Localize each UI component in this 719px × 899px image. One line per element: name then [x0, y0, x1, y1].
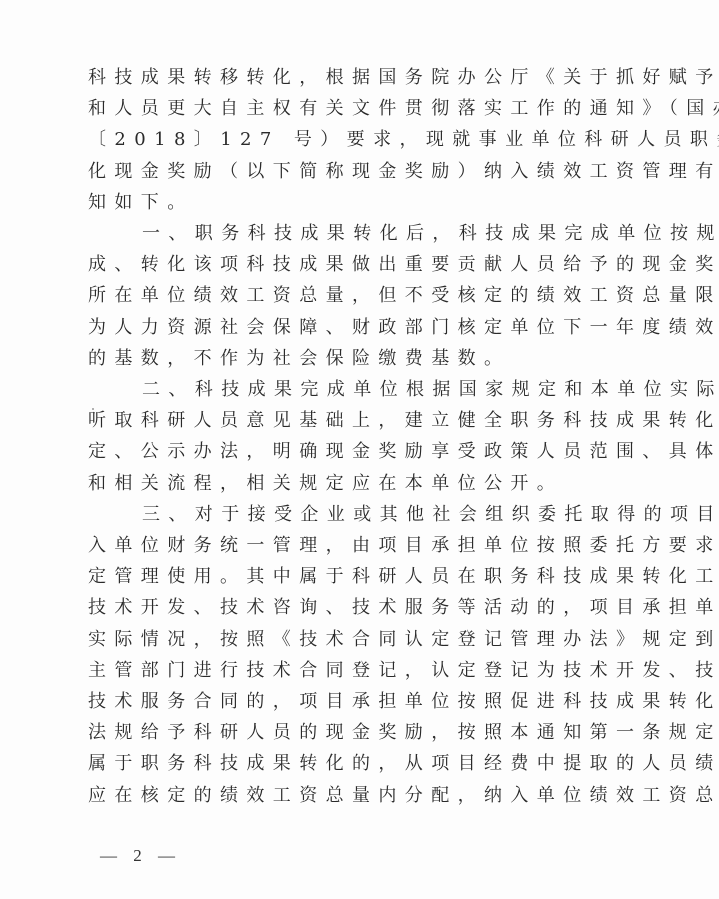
- text-line: 二、科技成果完成单位根据国家规定和本单位实际，在充分: [88, 374, 628, 405]
- text-line: 入单位财务统一管理，由项目承担单位按照委托方要求或合同约: [88, 530, 628, 561]
- paragraph-intro: 科技成果转移转化，根据国务院办公厅《关于抓好赋予科研机构 和人员更大自主权有关文…: [88, 62, 628, 218]
- text-line: 知如下。: [88, 187, 628, 218]
- text-line: 主管部门进行技术合同登记，认定登记为技术开发、技术咨询、: [88, 655, 628, 686]
- document-page: 科技成果转移转化，根据国务院办公厅《关于抓好赋予科研机构 和人员更大自主权有关文…: [0, 0, 719, 899]
- text-line: 定管理使用。其中属于科研人员在职务科技成果转化工作中开展: [88, 561, 628, 592]
- page-number: — 2 —: [100, 846, 181, 866]
- scan-artifact-dot: [92, 408, 94, 410]
- text-line: 的基数，不作为社会保险缴费基数。: [88, 343, 628, 374]
- text-line: 三、对于接受企业或其他社会组织委托取得的项目，经费纳: [88, 499, 628, 530]
- text-line: 应在核定的绩效工资总量内分配，纳入单位绩效工资总量管理。: [88, 780, 628, 811]
- text-line: 听取科研人员意见基础上，建立健全职务科技成果转化管理规: [88, 405, 628, 436]
- paragraph-section-2: 二、科技成果完成单位根据国家规定和本单位实际，在充分 听取科研人员意见基础上，建…: [88, 374, 628, 499]
- text-line: 技术开发、技术咨询、技术服务等活动的，项目承担单位可根据: [88, 592, 628, 623]
- text-line: 为人力资源社会保障、财政部门核定单位下一年度绩效工资总量: [88, 312, 628, 343]
- text-line: 化现金奖励（以下简称现金奖励）纳入绩效工资管理有关问题通: [88, 156, 628, 187]
- paragraph-section-3: 三、对于接受企业或其他社会组织委托取得的项目，经费纳 入单位财务统一管理，由项目…: [88, 499, 628, 811]
- text-line: 所在单位绩效工资总量，但不受核定的绩效工资总量限制，不作: [88, 280, 628, 311]
- text-line: 成、转化该项科技成果做出重要贡献人员给予的现金奖励，计入: [88, 249, 628, 280]
- text-line: 和相关流程，相关规定应在本单位公开。: [88, 468, 628, 499]
- text-line: 实际情况，按照《技术合同认定登记管理办法》规定到当地科技: [88, 624, 628, 655]
- text-line: 一、职务科技成果转化后，科技成果完成单位按规定对完: [88, 218, 628, 249]
- text-line: 定、公示办法，明确现金奖励享受政策人员范围、具体分配办法: [88, 436, 628, 467]
- paragraph-section-1: 一、职务科技成果转化后，科技成果完成单位按规定对完 成、转化该项科技成果做出重要…: [88, 218, 628, 374]
- document-body: 科技成果转移转化，根据国务院办公厅《关于抓好赋予科研机构 和人员更大自主权有关文…: [88, 62, 628, 811]
- text-line: 法规给予科研人员的现金奖励，按照本通知第一条规定执行。不: [88, 717, 628, 748]
- text-line: 属于职务科技成果转化的，从项目经费中提取的人员绩效支出，: [88, 748, 628, 779]
- text-line: 技术服务合同的，项目承担单位按照促进科技成果转化法等法律: [88, 686, 628, 717]
- text-line: 〔2018〕127 号）要求，现就事业单位科研人员职务科技成果转: [88, 124, 628, 155]
- text-line: 科技成果转移转化，根据国务院办公厅《关于抓好赋予科研机构: [88, 62, 628, 93]
- text-line: 和人员更大自主权有关文件贯彻落实工作的通知》（国办发: [88, 93, 628, 124]
